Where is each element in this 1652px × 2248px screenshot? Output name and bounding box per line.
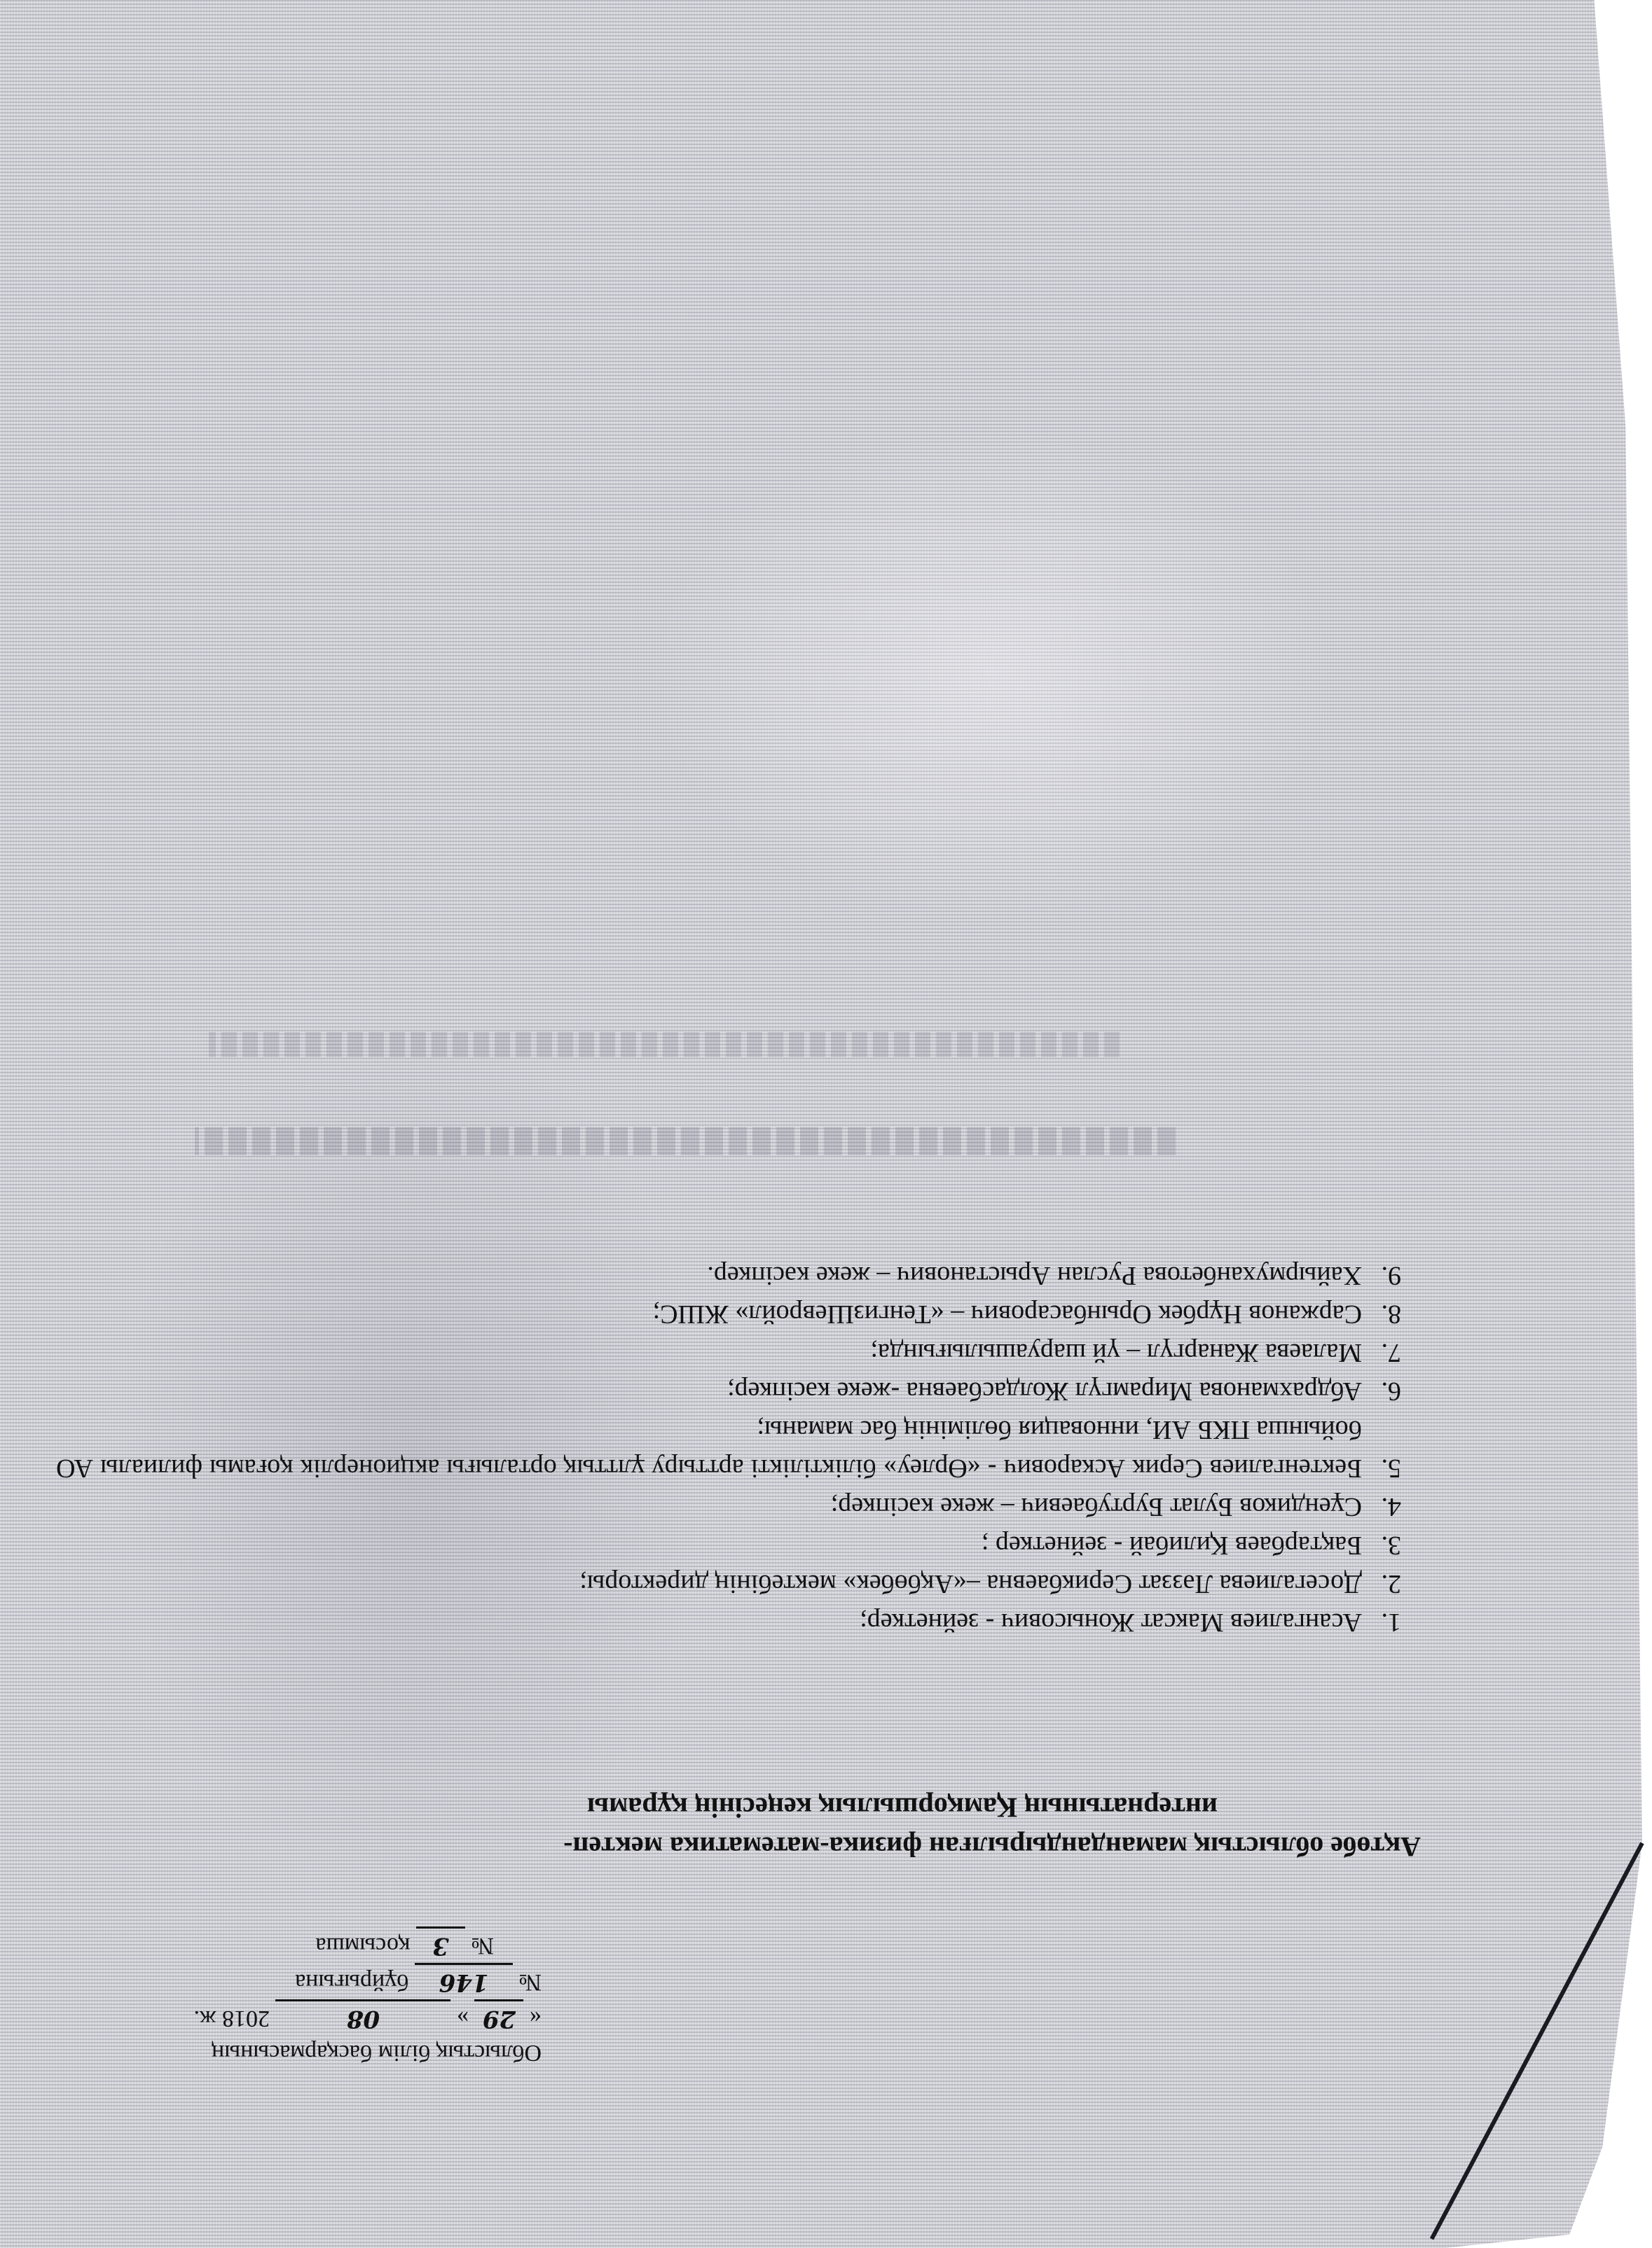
date-year: 2018 ж. [194,2006,270,2032]
member-entry: Бектенгалиев Серик Аскарович - «Өрлеу» б… [56,1410,1362,1487]
order-suffix: бұйрығына [295,1969,408,1995]
item-number: 7. [1382,1333,1402,1372]
list-item: 1.Асангалиев Максат Жонысович - зейнетке… [56,1603,1401,1641]
member-entry: Хайырмуханбетова Руслан Арыстанович – же… [707,1261,1362,1290]
title-line-2: интернатының Қамқоршылық кеңесінің құрам… [230,1788,1421,1827]
issuer-name: Облыстық білім басқармасының [212,2040,542,2066]
list-item: 4.Сұендиков Булат Буртубаевич – жеке кәс… [56,1487,1401,1526]
order-number: 146 [439,1966,489,1999]
item-number: 1. [1382,1603,1402,1641]
order-number-label: № [519,1969,542,1995]
list-item: 2.Досегалиева Ләззат Серикбаевна –«Ақбөб… [56,1564,1401,1603]
member-entry: Саржанов Нұрбек Орынбасарович – «ТенгизШ… [653,1299,1362,1329]
list-item: 6.Абдрахманова Мирамгүл Жолдасбаевна -же… [56,1372,1401,1410]
date-line: « 29 » 08 2018 ж. [37,1999,542,2036]
list-item: 9.Хайырмуханбетова Руслан Арыстанович – … [56,1256,1401,1295]
member-entry: Сұендиков Булат Буртубаевич – жеке кәсіп… [831,1492,1362,1522]
list-item: 5.Бектенгалиев Серик Аскарович - «Өрлеу»… [56,1410,1401,1487]
item-number: 3. [1382,1526,1402,1564]
list-item: 3.Бақтарбаев Қилибай - зейнеткер ; [56,1526,1401,1564]
item-number: 6. [1382,1372,1402,1410]
bleed-through-text [195,1127,1176,1155]
appendix-number-label: № [471,1933,494,1959]
appendix-number: 3 [432,1929,449,1963]
appendix-line: № 3 қосымша [37,1926,542,1963]
member-entry: Малаева Жанаргүл – үй шаруашылығында; [870,1338,1362,1367]
member-entry: Бақтарбаев Қилибай - зейнеткер ; [982,1531,1362,1560]
item-number: 8. [1382,1295,1402,1333]
document-title: Ақтөбе облыстық мамандандырылған физика-… [230,1788,1421,1866]
list-item: 8.Саржанов Нұрбек Орынбасарович – «Тенги… [56,1295,1401,1333]
item-number: 5. [1382,1449,1402,1487]
appendix-suffix: қосымша [315,1933,410,1959]
order-line: № 146 бұйрығына [37,1963,542,1999]
quote-open: « [530,2006,542,2032]
scanned-page: Облыстық білім басқармасының « 29 » 08 2… [0,0,1652,2248]
quote-close: » [457,2006,469,2032]
member-entry: Асангалиев Максат Жонысович - зейнеткер; [860,1608,1362,1637]
paper-shading [0,0,1652,2248]
title-line-1: Ақтөбе облыстық мамандандырылған физика-… [230,1827,1421,1866]
item-number: 4. [1382,1487,1402,1526]
bleed-through-text [209,1032,1120,1057]
list-item: 7.Малаева Жанаргүл – үй шаруашылығында; [56,1333,1401,1372]
issuer-line: Облыстық білім басқармасының [37,2036,542,2069]
date-month: 08 [347,2002,380,2036]
date-day: 29 [483,2002,516,2036]
member-entry: Досегалиева Ләззат Серикбаевна –«Ақбөбек… [579,1569,1362,1599]
order-reference-block: Облыстық білім басқармасының « 29 » 08 2… [37,1926,542,2069]
item-number: 9. [1382,1256,1402,1295]
council-members-list: 1.Асангалиев Максат Жонысович - зейнетке… [56,1256,1401,1641]
member-entry: Абдрахманова Мирамгүл Жолдасбаевна -жеке… [727,1377,1362,1406]
item-number: 2. [1382,1564,1402,1603]
